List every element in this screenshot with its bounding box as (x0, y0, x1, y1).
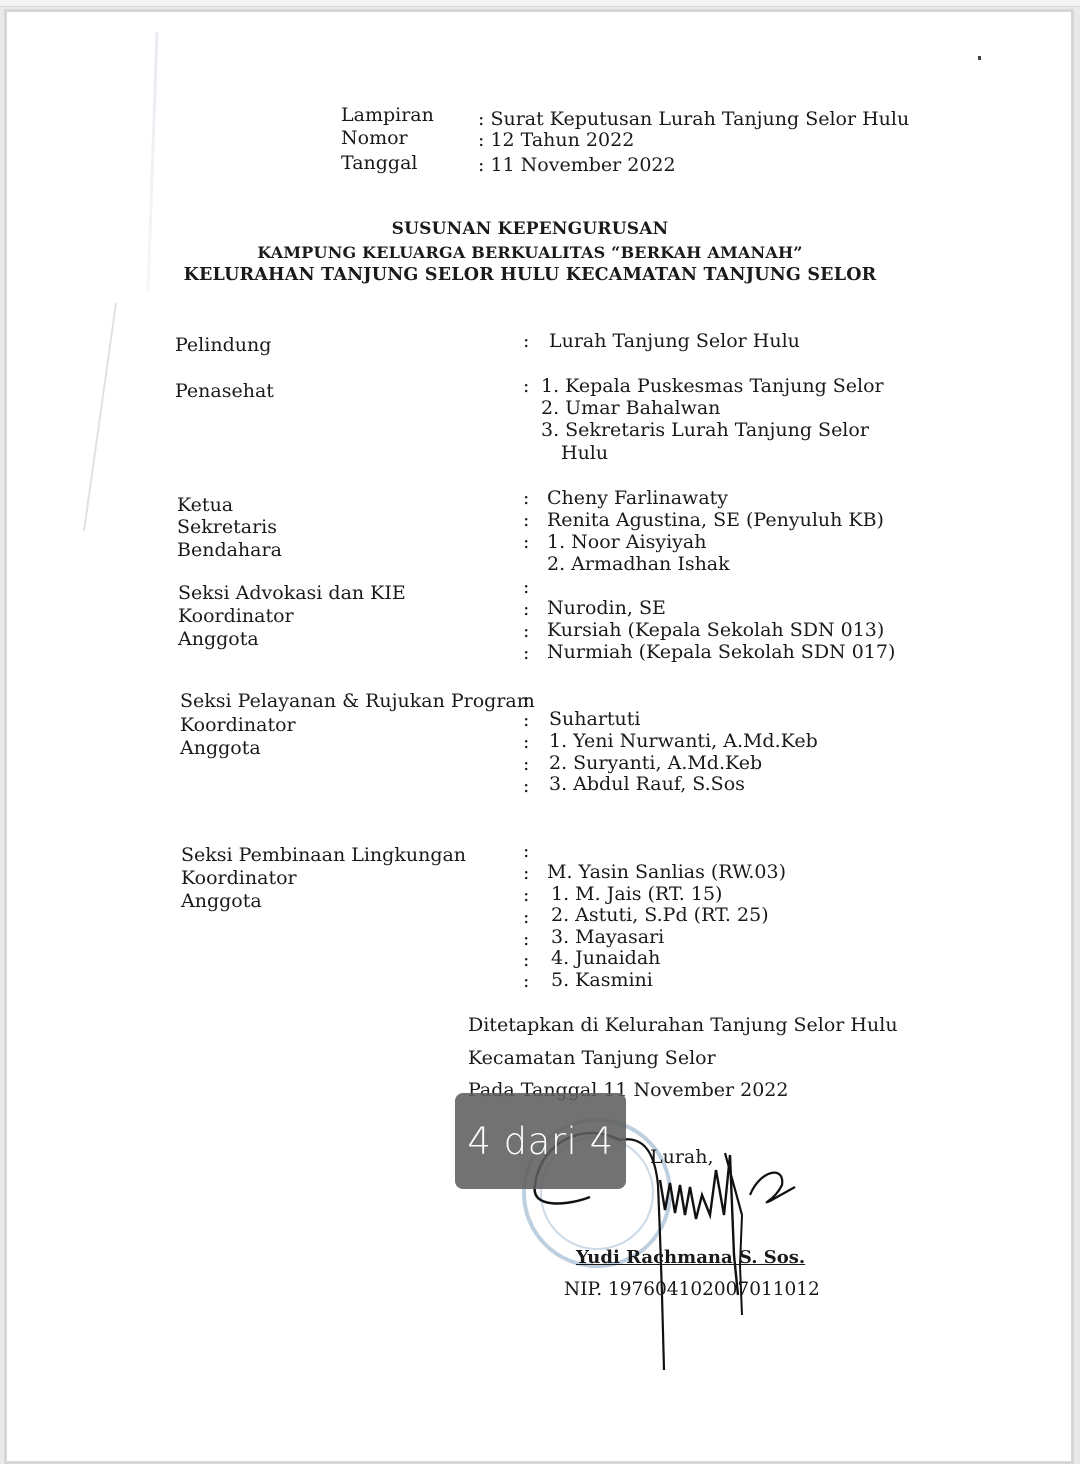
colon: : (523, 509, 529, 531)
colon: : (523, 576, 529, 598)
colon: : (523, 487, 529, 509)
signatory-name: Yudi Rachmana S. Sos. (576, 1247, 805, 1269)
colon: : (523, 375, 529, 397)
penasehat-item: 3. Sekretaris Lurah Tanjung Selor (541, 419, 869, 441)
colon: : (523, 840, 529, 862)
anggota-lingkungan-item: 2. Astuti, S.Pd (RT. 25) (551, 904, 769, 926)
title-line-1: SUSUNAN KEPENGURUSAN (0, 219, 1060, 239)
colon: : (523, 598, 529, 620)
label-bendahara: Bendahara (177, 539, 282, 561)
colon: : (523, 906, 529, 928)
signatory-nip: NIP. 197604102007011012 (564, 1279, 820, 1301)
colon: : (523, 531, 529, 553)
header-label-tanggal: Tanggal (341, 152, 418, 174)
bendahara-item: 2. Armadhan Ishak (547, 553, 730, 575)
colon: : (523, 949, 529, 971)
label-penasehat: Penasehat (175, 380, 274, 402)
title-line-3: KELURAHAN TANJUNG SELOR HULU KECAMATAN T… (0, 265, 1060, 285)
anggota-pelayanan-item: 1. Yeni Nurwanti, A.Md.Keb (549, 730, 818, 752)
penasehat-item: 2. Umar Bahalwan (541, 397, 720, 419)
paper-edge-line (83, 303, 117, 531)
colon: : (523, 688, 529, 710)
colon: : (523, 775, 529, 797)
page-indicator: 4 dari 4 (455, 1093, 626, 1189)
colon: : (523, 709, 529, 731)
value-pelindung: Lurah Tanjung Selor Hulu (549, 330, 800, 352)
viewer-top-bar (0, 0, 1080, 7)
label-koordinator: Koordinator (180, 714, 296, 736)
label-anggota: Anggota (180, 737, 261, 759)
value-koordinator-lingkungan: M. Yasin Sanlias (RW.03) (547, 861, 786, 883)
label-anggota: Anggota (178, 628, 259, 650)
header-value-lampiran: : Surat Keputusan Lurah Tanjung Selor Hu… (478, 108, 909, 130)
value-koordinator-pelayanan: Suhartuti (549, 708, 640, 730)
header-value-tanggal: : 11 November 2022 (478, 154, 676, 176)
anggota-lingkungan-item: 3. Mayasari (551, 926, 664, 948)
value-sekretaris: Renita Agustina, SE (Penyuluh KB) (547, 509, 884, 531)
value-ketua: Cheny Farlinawaty (547, 487, 728, 509)
anggota-lingkungan-item: 5. Kasmini (551, 969, 653, 991)
label-pelindung: Pelindung (175, 334, 271, 356)
colon: : (523, 884, 529, 906)
anggota-pelayanan-item: 2. Suryanti, A.Md.Keb (549, 752, 762, 774)
colon: : (523, 862, 529, 884)
anggota-advokasi-item: Nurmiah (Kepala Sekolah SDN 017) (547, 641, 895, 663)
anggota-lingkungan-item: 4. Junaidah (551, 947, 660, 969)
colon: : (523, 620, 529, 642)
header-value-nomor: : 12 Tahun 2022 (478, 129, 634, 151)
colon: : (523, 970, 529, 992)
anggota-pelayanan-item: 3. Abdul Rauf, S.Sos (549, 773, 745, 795)
anggota-lingkungan-item: 1. M. Jais (RT. 15) (551, 883, 722, 905)
label-koordinator: Koordinator (178, 605, 294, 627)
penasehat-item: Hulu (561, 442, 608, 464)
penasehat-item: 1. Kepala Puskesmas Tanjung Selor (541, 375, 884, 397)
anggota-advokasi-item: Kursiah (Kepala Sekolah SDN 013) (547, 619, 884, 641)
label-sekretaris: Sekretaris (177, 516, 277, 538)
colon: : (523, 753, 529, 775)
closing-line-1: Ditetapkan di Kelurahan Tanjung Selor Hu… (468, 1014, 898, 1036)
label-seksi-advokasi: Seksi Advokasi dan KIE (178, 582, 406, 604)
colon: : (523, 330, 529, 352)
colon: : (523, 731, 529, 753)
header-label-nomor: Nomor (341, 127, 408, 149)
title-line-2: KAMPUNG KELUARGA BERKUALITAS “BERKAH AMA… (0, 243, 1060, 262)
colon: : (523, 928, 529, 950)
colon: : (523, 642, 529, 664)
scan-speck (978, 56, 981, 60)
label-seksi-pelayanan: Seksi Pelayanan & Rujukan Program (180, 690, 535, 712)
bendahara-item: 1. Noor Aisyiyah (547, 531, 706, 553)
label-ketua: Ketua (177, 494, 233, 516)
label-anggota: Anggota (181, 890, 262, 912)
label-koordinator: Koordinator (181, 867, 297, 889)
closing-line-2: Kecamatan Tanjung Selor (468, 1047, 716, 1069)
label-seksi-lingkungan: Seksi Pembinaan Lingkungan (181, 844, 466, 866)
header-label-lampiran: Lampiran (341, 104, 434, 126)
value-koordinator-advokasi: Nurodin, SE (547, 597, 666, 619)
